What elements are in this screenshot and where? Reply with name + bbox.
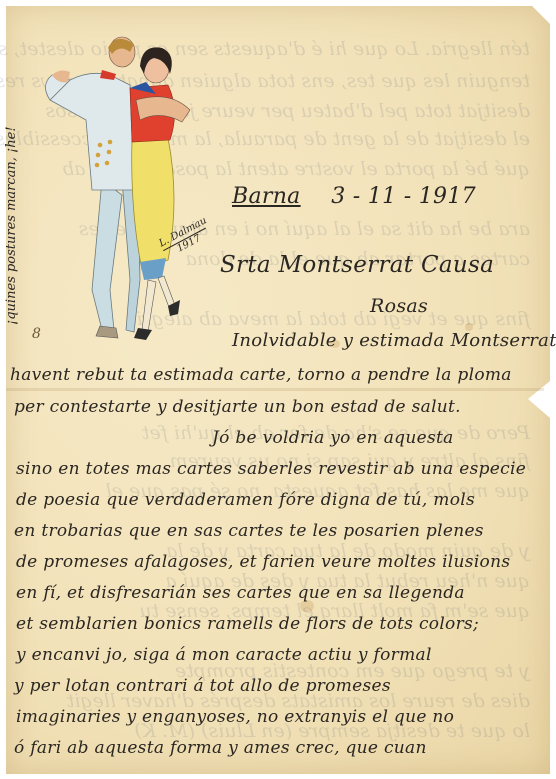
margin-caption: ¡quines postures marcan, ¡he! [4,126,19,325]
body-line: imaginaries y enganyoses, no extranyis e… [16,707,454,727]
body-line: havent rebut ta estimada carte, torno a … [10,365,512,385]
greeting: Inolvidable y estimada Montserrat: [232,330,556,351]
letter-date: 3 - 11 - 1917 [331,184,476,209]
body-line: en fí, et disfresarián ses cartes que en… [16,583,465,603]
body-line: et semblarien bonics ramells de flors de… [16,614,479,634]
body-line: y encanvi jo, siga á mon caracte actiu y… [16,645,432,665]
body-line: y per lotan contrari á tot allo de prome… [14,676,391,696]
body-line: ó fari ab aquesta forma y ames crec, que… [14,738,427,758]
body-line: en trobarias que en sas cartes te les po… [14,521,484,541]
letter-date-line: Barna 3 - 11 - 1917 [232,184,476,209]
body-line: de promeses afalagoses, et farien veure … [16,552,510,572]
letter-place: Barna [232,184,301,209]
recipient-name: Srta Montserrat Causa [220,252,494,278]
body-line: per contestarte y desitjarte un bon esta… [14,397,461,417]
margin-mark: 8 [32,326,41,342]
recipient-city: Rosas [370,295,428,317]
paper-fold-crease [6,388,544,391]
body-line: sino en totes mas cartes saberles revest… [16,459,526,479]
dancing-couple-illustration [30,30,210,350]
body-line: de poesia que verdaderamen fóre digna de… [16,490,475,510]
body-line: Jó be voldria yo en aquesta [212,428,454,448]
